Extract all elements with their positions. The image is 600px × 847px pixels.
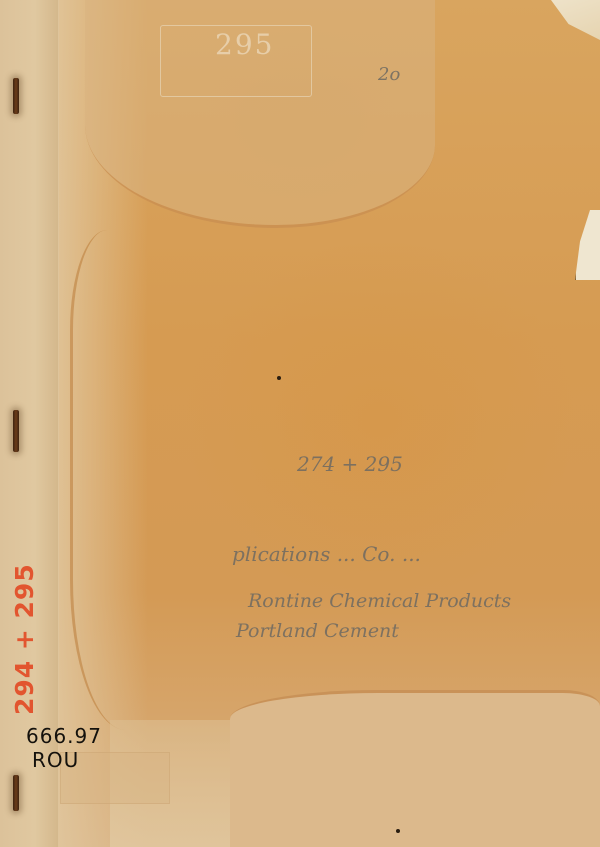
staple-icon (13, 775, 19, 811)
torn-corner (530, 0, 600, 40)
call-letters: ROU (32, 748, 79, 772)
pencil-line-2: Rontine Chemical Products (248, 590, 511, 612)
staple-icon (13, 410, 19, 452)
pencil-line-1: plications ... Co. ... (232, 542, 421, 566)
top-pencil-note: 2o (378, 64, 400, 85)
chalk-number: 295 (215, 28, 274, 61)
call-number: 666.97 (26, 724, 102, 748)
torn-edge (575, 210, 600, 280)
water-stain-edge (70, 230, 163, 730)
speck (277, 376, 281, 380)
unstained-bottom-region (230, 690, 600, 847)
spine-strip (0, 0, 59, 847)
pencil-line-3: Portland Cement (236, 620, 399, 642)
staple-icon (13, 78, 19, 114)
document-cover: 295 2o 274 + 295 plications ... Co. ... … (0, 0, 600, 847)
spine-red-number: 294 + 295 (10, 563, 39, 715)
center-pencil-number: 274 + 295 (297, 452, 403, 476)
speck (396, 829, 400, 833)
